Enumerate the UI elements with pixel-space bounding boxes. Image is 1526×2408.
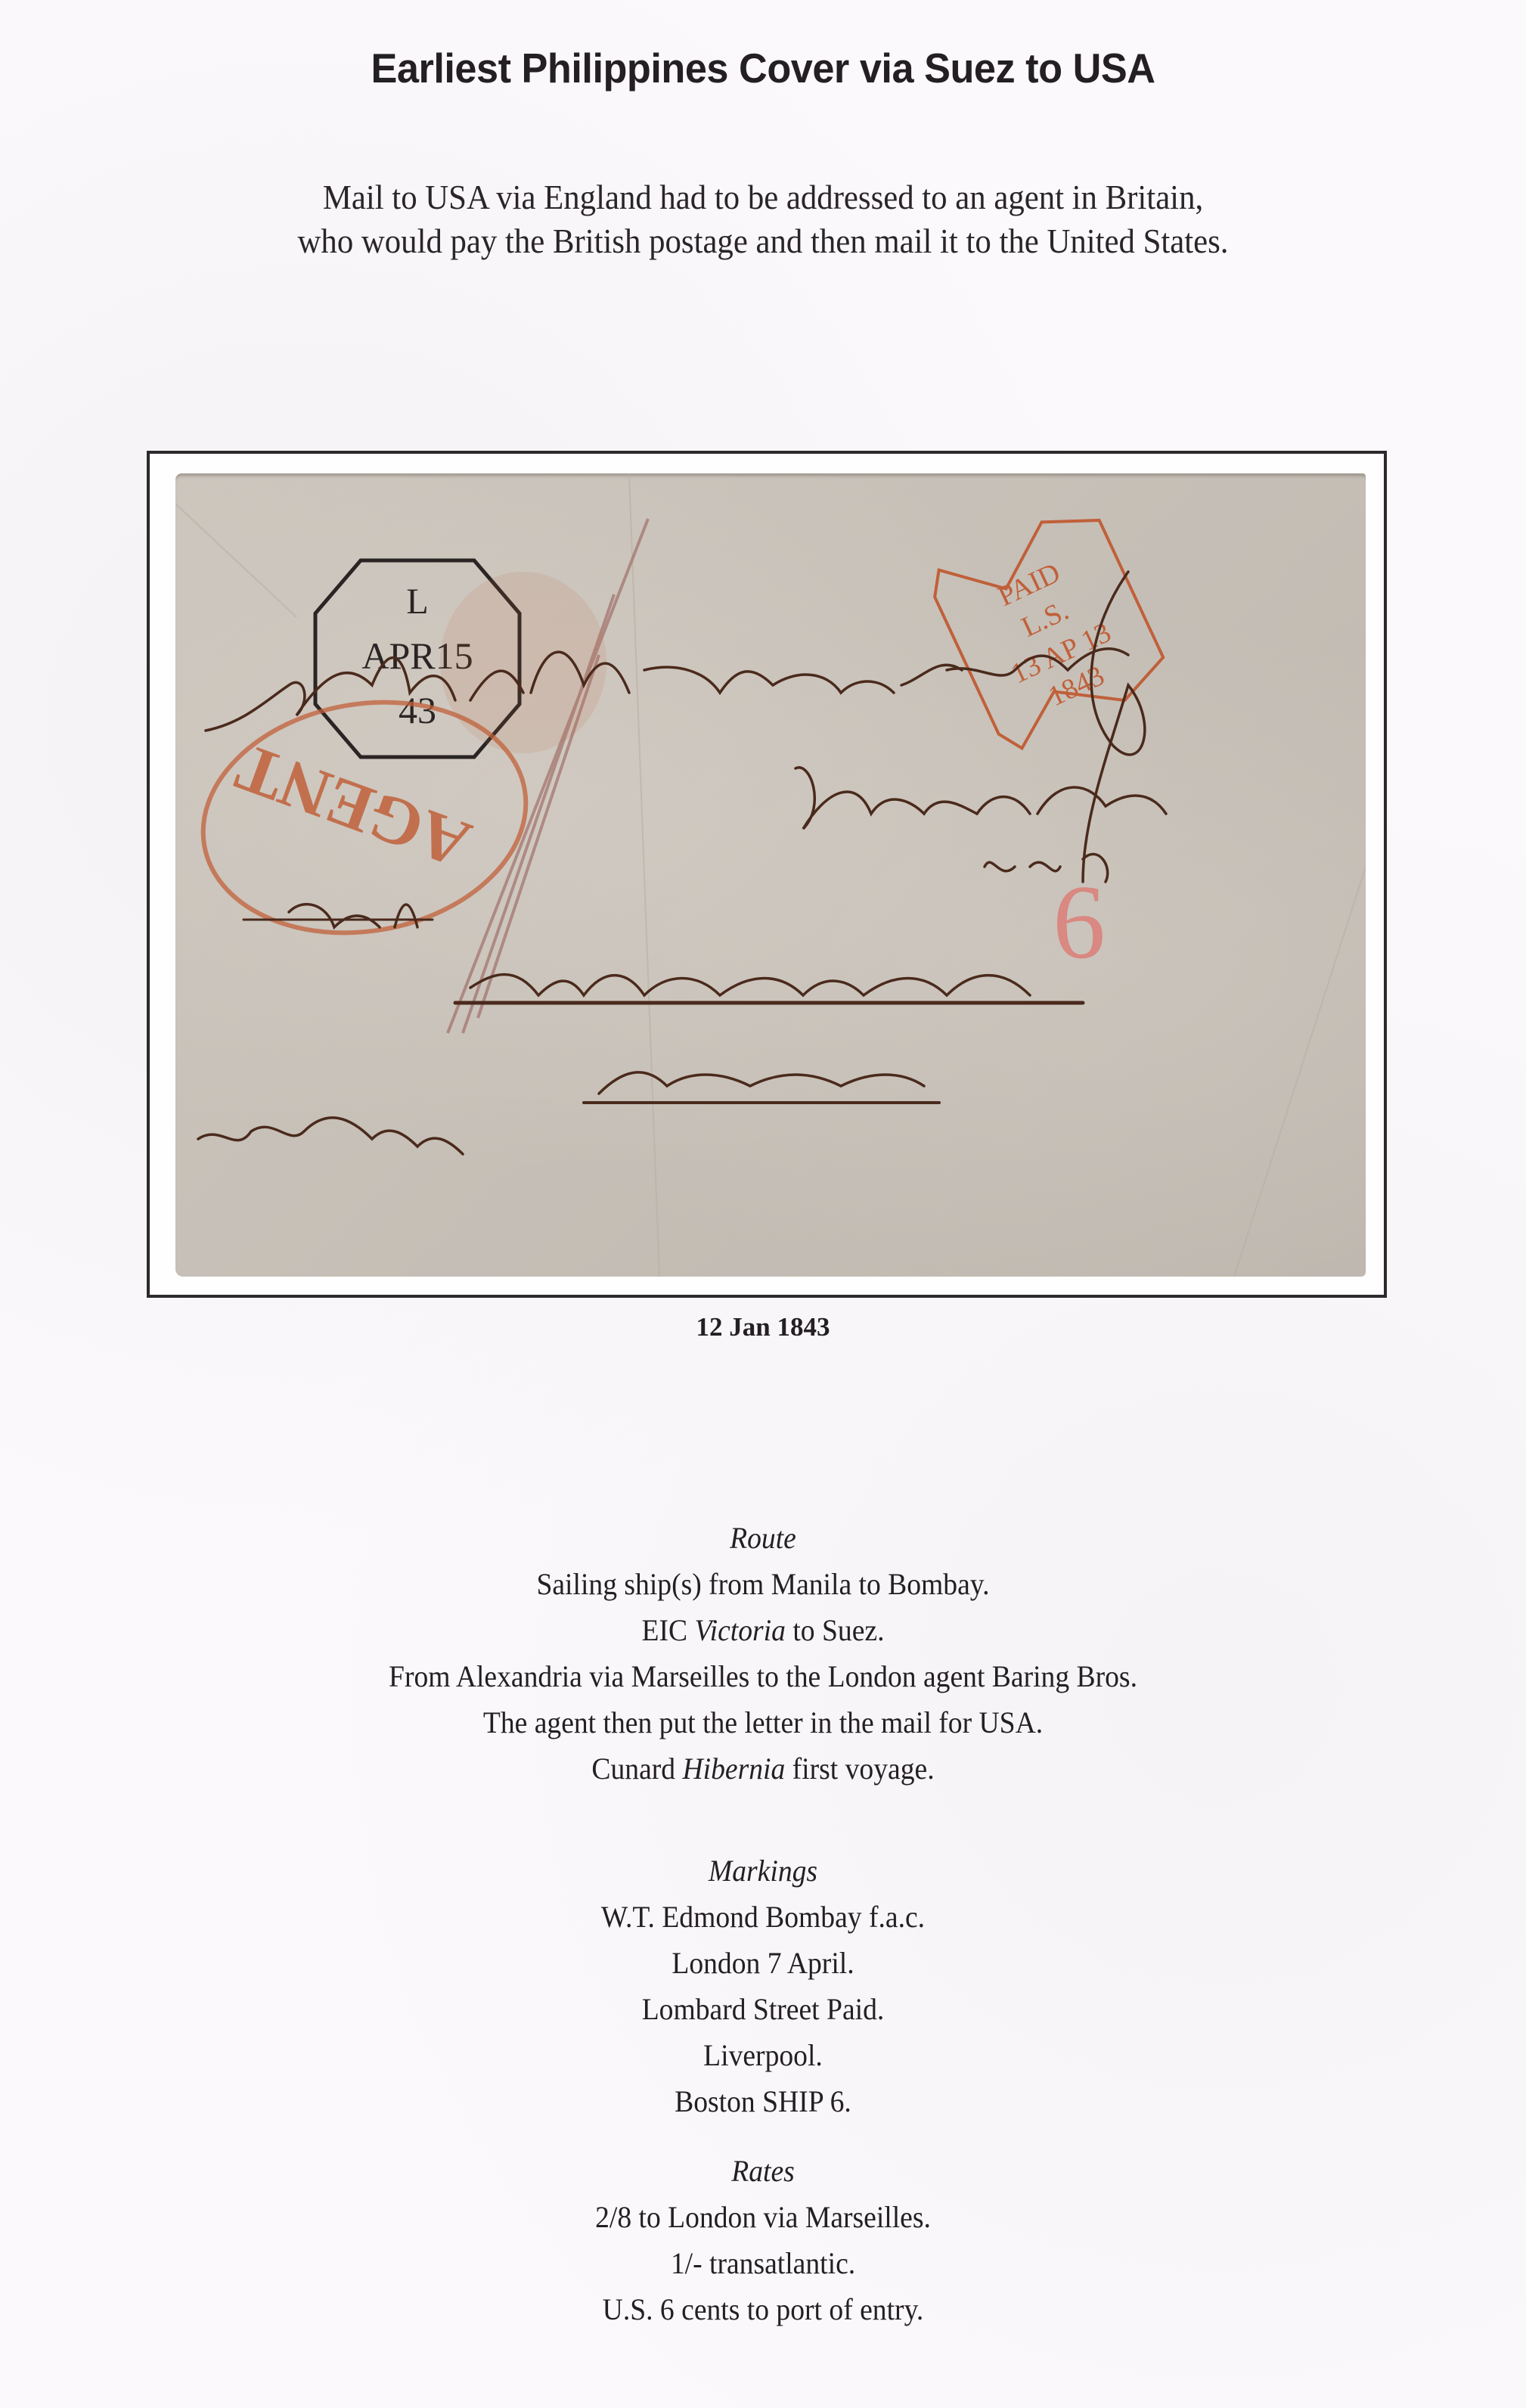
cover-date-caption: 12 Jan 1843 [0, 1312, 1526, 1342]
paid-stamp: PAID L.S. 13 AP 13 1843 [925, 500, 1172, 755]
marking-line: Boston SHIP 6. [46, 2078, 1481, 2124]
marking-line: London 7 April. [46, 1940, 1481, 1986]
postmark-year: 43 [399, 689, 436, 731]
route-line: Cunard Hibernia first voyage. [46, 1745, 1481, 1792]
ship-name-hibernia: Hibernia [682, 1752, 785, 1786]
intro-line: Mail to USA via England had to be addres… [54, 175, 1473, 219]
rates-heading: Rates [46, 2148, 1481, 2194]
marking-line: W.T. Edmond Bombay f.a.c. [46, 1894, 1481, 1940]
ship-name-victoria: Victoria [694, 1613, 785, 1647]
postmark-letter: L [406, 582, 428, 622]
cover-illustration: L APR15 43 AGENT PAID L.S. 13 AP 13 1843… [175, 473, 1366, 1277]
rate-line: 2/8 to London via Marseilles. [46, 2194, 1481, 2240]
intro-text: Mail to USA via England had to be addres… [54, 175, 1473, 263]
marking-line: Liverpool. [46, 2032, 1481, 2078]
rate-line: U.S. 6 cents to port of entry. [46, 2286, 1481, 2332]
rate-line: 1/- transatlantic. [46, 2240, 1481, 2286]
route-line: From Alexandria via Marseilles to the Lo… [46, 1653, 1481, 1699]
postal-cover-image: L APR15 43 AGENT PAID L.S. 13 AP 13 1843… [175, 473, 1366, 1277]
intro-line: who would pay the British postage and th… [54, 219, 1473, 263]
ship-rate-6: 6 [1053, 864, 1106, 981]
page-title: Earliest Philippines Cover via Suez to U… [38, 44, 1487, 92]
marking-line: Lombard Street Paid. [46, 1986, 1481, 2032]
route-line: EIC Victoria to Suez. [46, 1607, 1481, 1653]
markings-heading: Markings [46, 1848, 1481, 1894]
rates-section: Rates 2/8 to London via Marseilles. 1/- … [0, 2148, 1526, 2332]
route-section: Route Sailing ship(s) from Manila to Bom… [0, 1515, 1526, 1792]
markings-section: Markings W.T. Edmond Bombay f.a.c. Londo… [0, 1848, 1526, 2124]
agent-stamp-text: AGENT [227, 729, 480, 882]
route-line: The agent then put the letter in the mai… [46, 1699, 1481, 1745]
route-line: Sailing ship(s) from Manila to Bombay. [46, 1561, 1481, 1607]
route-heading: Route [46, 1515, 1481, 1561]
